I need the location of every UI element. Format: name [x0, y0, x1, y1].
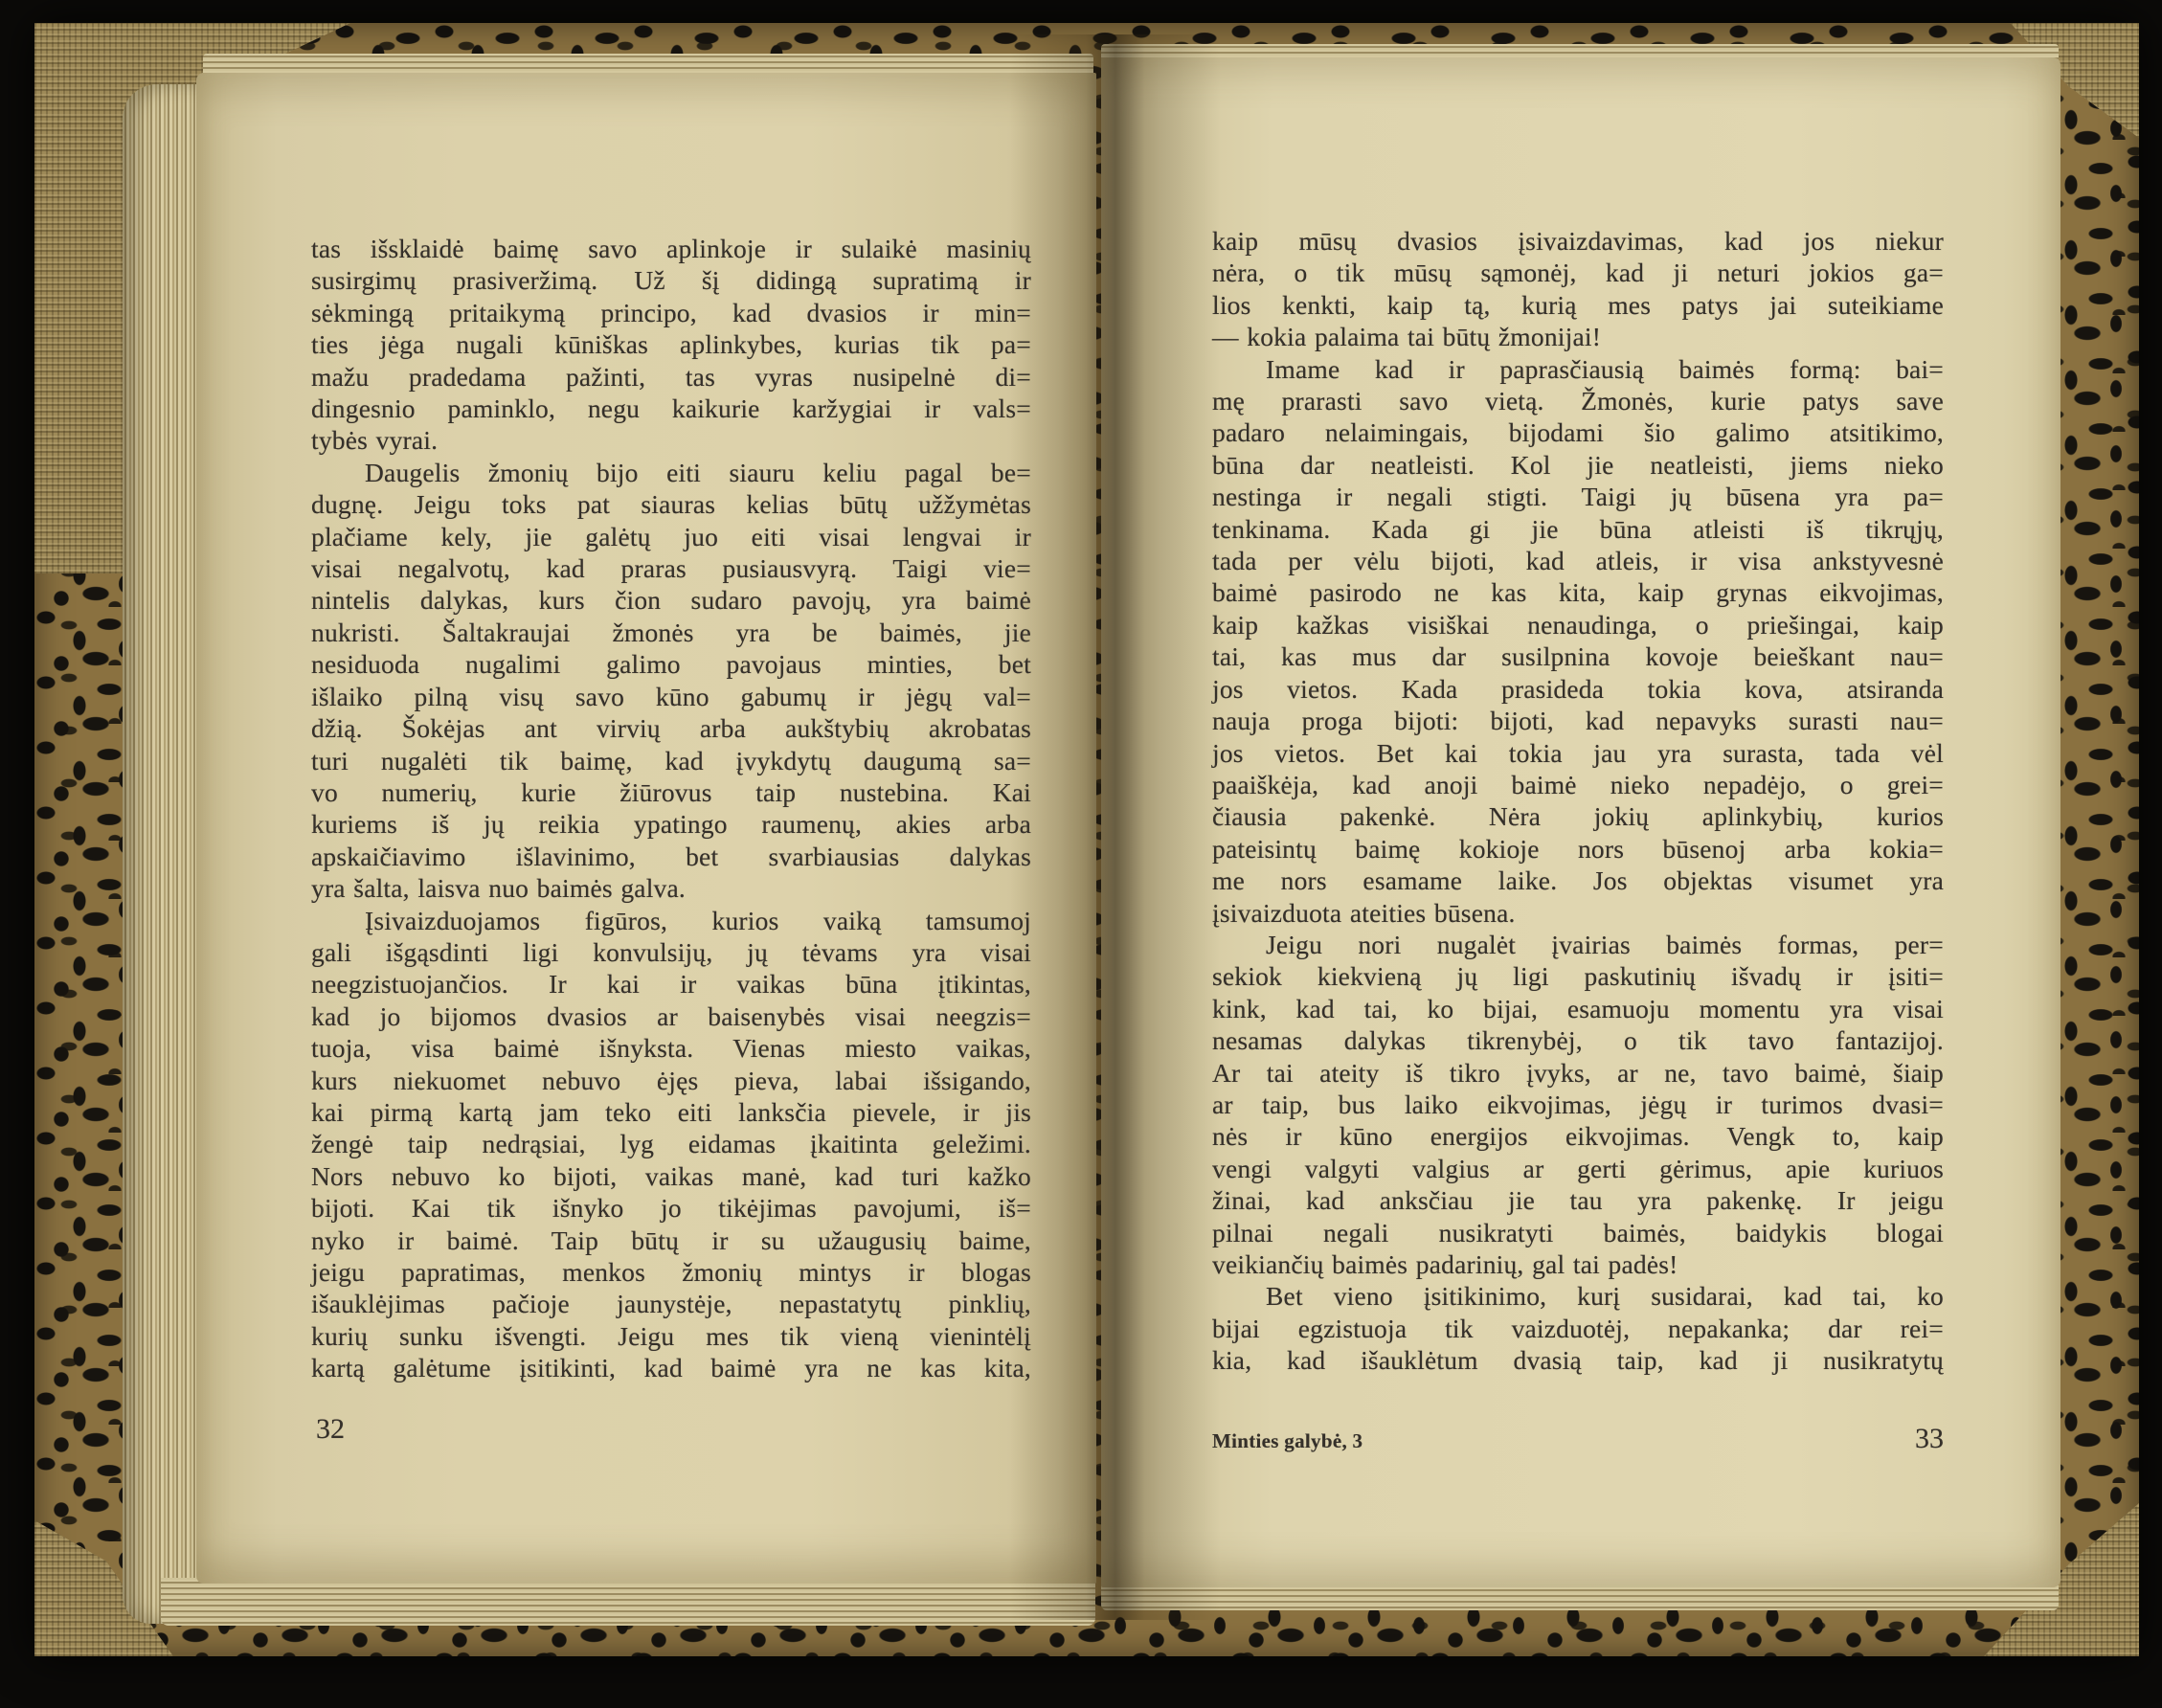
- text-line: kink, kad tai, ko bijai, esamuoju moment…: [1212, 993, 1944, 1024]
- text-line: nintelis dalykas, kurs čion sudaro pavoj…: [311, 584, 1031, 616]
- text-line: padaro nelaimingais, bijodami šio galimo…: [1212, 416, 1944, 448]
- text-line: mę prarasti savo vietą. Žmonės, kurie pa…: [1212, 385, 1944, 416]
- page-stack-edge-bottom-left: [161, 1578, 1095, 1626]
- text-line: jos vietos. Kada prasideda tokia kova, a…: [1212, 673, 1944, 705]
- text-line: turi nugalėti tik baimę, kad įvykdytų da…: [311, 745, 1031, 776]
- text-line: kad jo bijomos dvasios ar baisenybės vis…: [311, 1000, 1031, 1032]
- text-line: tada per vėlu bijoti, kad atleis, ir vis…: [1212, 545, 1944, 576]
- right-page-number: 33: [1915, 1423, 1944, 1455]
- text-line: įsivaizduota ateities būsena.: [1212, 897, 1944, 929]
- text-line: kurs niekuomet nebuvo ėjęs pieva, labai …: [311, 1065, 1031, 1096]
- printer-signature: Minties galybė, 3: [1212, 1429, 1363, 1453]
- right-page-text: kaip mūsų dvasios įsivaizdavimas, kad jo…: [1212, 225, 1944, 1377]
- text-line: pateisintų baimę kokioje nors būsenoj ar…: [1212, 833, 1944, 865]
- text-line: kartą galėtume įsitikinti, kad baimė yra…: [311, 1352, 1031, 1383]
- text-line: Daugelis žmonių bijo eiti siauru keliu p…: [311, 457, 1031, 488]
- text-line: būna dar neatleisti. Kol jie neatleisti,…: [1212, 449, 1944, 481]
- text-line: neegzistuojančios. Ir kai ir vaikas būna…: [311, 968, 1031, 1000]
- text-line: susirgimų prasiveržimą. Už šį didingą su…: [311, 264, 1031, 296]
- text-line: nės ir kūno energijos eikvojimas. Vengk …: [1212, 1120, 1944, 1152]
- text-line: bijoti. Kai tik išnyko jo tikėjimas pavo…: [311, 1192, 1031, 1224]
- text-line: pilnai negali nusikratyti baimės, baidyk…: [1212, 1217, 1944, 1248]
- text-line: Imame kad ir paprasčiausią baimės formą:…: [1212, 353, 1944, 385]
- text-line: tas išsklaidė baimę savo aplinkoje ir su…: [311, 233, 1031, 264]
- text-line: plačiame kely, jie galėtų juo eiti visai…: [311, 521, 1031, 552]
- text-line: lios kenkti, kaip tą, kurią mes patys ja…: [1212, 289, 1944, 321]
- left-page-text: tas išsklaidė baimę savo aplinkoje ir su…: [311, 233, 1031, 1384]
- text-line: Ar tai ateity iš tikro įvyks, ar ne, tav…: [1212, 1057, 1944, 1089]
- text-line: gali išgąsdinti ligi konvulsijų, jų tėva…: [311, 936, 1031, 968]
- text-line: nauja proga bijoti: bijoti, kad nepavyks…: [1212, 705, 1944, 736]
- text-line: apskaičiavimo išlavinimo, bet svarbiausi…: [311, 841, 1031, 872]
- text-line: tai, kas mus dar susilpnina kovoje beieš…: [1212, 640, 1944, 672]
- text-line: vo numerių, kurie žiūrovus taip nustebin…: [311, 776, 1031, 808]
- text-line: kaip kažkas visiškai nenaudinga, o prieš…: [1212, 609, 1944, 640]
- text-line: veikiančių baimės padarinių, gal tai pad…: [1212, 1248, 1944, 1280]
- text-line: tuoja, visa baimė išnyksta. Vienas miest…: [311, 1032, 1031, 1064]
- text-line: kai pirmą kartą jam teko eiti lanksčia p…: [311, 1096, 1031, 1128]
- text-line: sėkmingą pritaikymą principo, kad dvasio…: [311, 297, 1031, 328]
- page-stack-edge-bottom-right: [1101, 1584, 2059, 1610]
- text-line: kaip mūsų dvasios įsivaizdavimas, kad jo…: [1212, 225, 1944, 257]
- text-line: Jeigu nori nugalėt įvairias baimės forma…: [1212, 929, 1944, 960]
- text-line: yra šalta, laisva nuo baimės galva.: [311, 872, 1031, 904]
- text-line: nesiduoda nugalimi galimo pavojaus minti…: [311, 648, 1031, 680]
- right-page-footer: Minties galybė, 3 33: [1212, 1423, 1944, 1455]
- left-page-number: 32: [316, 1413, 345, 1446]
- text-line: Įsivaizduojamos figūros, kurios vaiką ta…: [311, 905, 1031, 936]
- text-line: paaiškėja, kad anoji baimė nieko nepadėj…: [1212, 769, 1944, 800]
- text-line: Nors nebuvo ko bijoti, vaikas manė, kad …: [311, 1160, 1031, 1192]
- text-line: žengė taip nedrąsiai, lyg eidamas įkaiti…: [311, 1128, 1031, 1159]
- text-line: išlaiko pilną visų savo kūno gabumų ir j…: [311, 681, 1031, 712]
- text-line: tenkinama. Kada gi jie būna atleisti iš …: [1212, 513, 1944, 545]
- text-line: dingesnio paminklo, negu kaikurie karžyg…: [311, 393, 1031, 424]
- text-line: visai negalvotų, kad praras pusiausvyrą.…: [311, 552, 1031, 584]
- text-line: nestinga ir negali stigti. Taigi jų būse…: [1212, 481, 1944, 512]
- text-line: dugnę. Jeigu toks pat siauras kelias būt…: [311, 488, 1031, 520]
- text-line: kuriems iš jų reikia ypatingo raumenų, a…: [311, 808, 1031, 840]
- text-line: jos vietos. Bet kai tokia jau yra surast…: [1212, 737, 1944, 769]
- text-line: baimė pasirodo ne kas kita, kaip grynas …: [1212, 576, 1944, 608]
- text-line: tybės vyrai.: [311, 424, 1031, 456]
- book-photograph: { "colors": { "background": "#0b0a08", "…: [0, 0, 2162, 1708]
- text-line: kia, kad išauklėtum dvasią taip, kad ji …: [1212, 1344, 1944, 1376]
- text-line: jeigu papratimas, menkos žmonių mintys i…: [311, 1256, 1031, 1288]
- text-line: nėra, o tik mūsų sąmonėj, kad ji neturi …: [1212, 257, 1944, 288]
- text-line: vengi valgyti valgius ar gerti gėrimus, …: [1212, 1153, 1944, 1184]
- text-line: džią. Šokėjas ant virvių arba aukštybių …: [311, 712, 1031, 744]
- text-line: nesamas dalykas tikrenybėj, o tik tavo f…: [1212, 1024, 1944, 1056]
- text-line: kurių sunku išvengti. Jeigu mes tik vien…: [311, 1320, 1031, 1352]
- text-line: ties jėga nugali kūniškas aplinkybes, ku…: [311, 328, 1031, 360]
- text-line: mažu pradedama pažinti, tas vyras nusipe…: [311, 361, 1031, 393]
- text-line: bijai egzistuoja tik vaizduotėj, nepakan…: [1212, 1313, 1944, 1344]
- text-line: žinai, kad anksčiau jie tau yra pakenkę.…: [1212, 1184, 1944, 1216]
- text-line: nyko ir baimė. Taip būtų ir su užaugusių…: [311, 1225, 1031, 1256]
- text-line: sekiok kiekvieną jų ligi paskutinių išva…: [1212, 960, 1944, 992]
- text-line: išauklėjimas pačioje jaunystėje, nepasta…: [311, 1288, 1031, 1319]
- text-line: — kokia palaima tai būtų žmonijai!: [1212, 321, 1944, 352]
- text-line: Bet vieno įsitikinimo, kurį susidarai, k…: [1212, 1280, 1944, 1312]
- text-line: me nors esamame laike. Jos objektas visu…: [1212, 865, 1944, 896]
- text-line: čiausia pakenkė. Nėra jokių aplinkybių, …: [1212, 800, 1944, 832]
- text-line: nukristi. Šaltakraujai žmonės yra be bai…: [311, 617, 1031, 648]
- text-line: ar taip, bus laiko eikvojimas, jėgų ir t…: [1212, 1089, 1944, 1120]
